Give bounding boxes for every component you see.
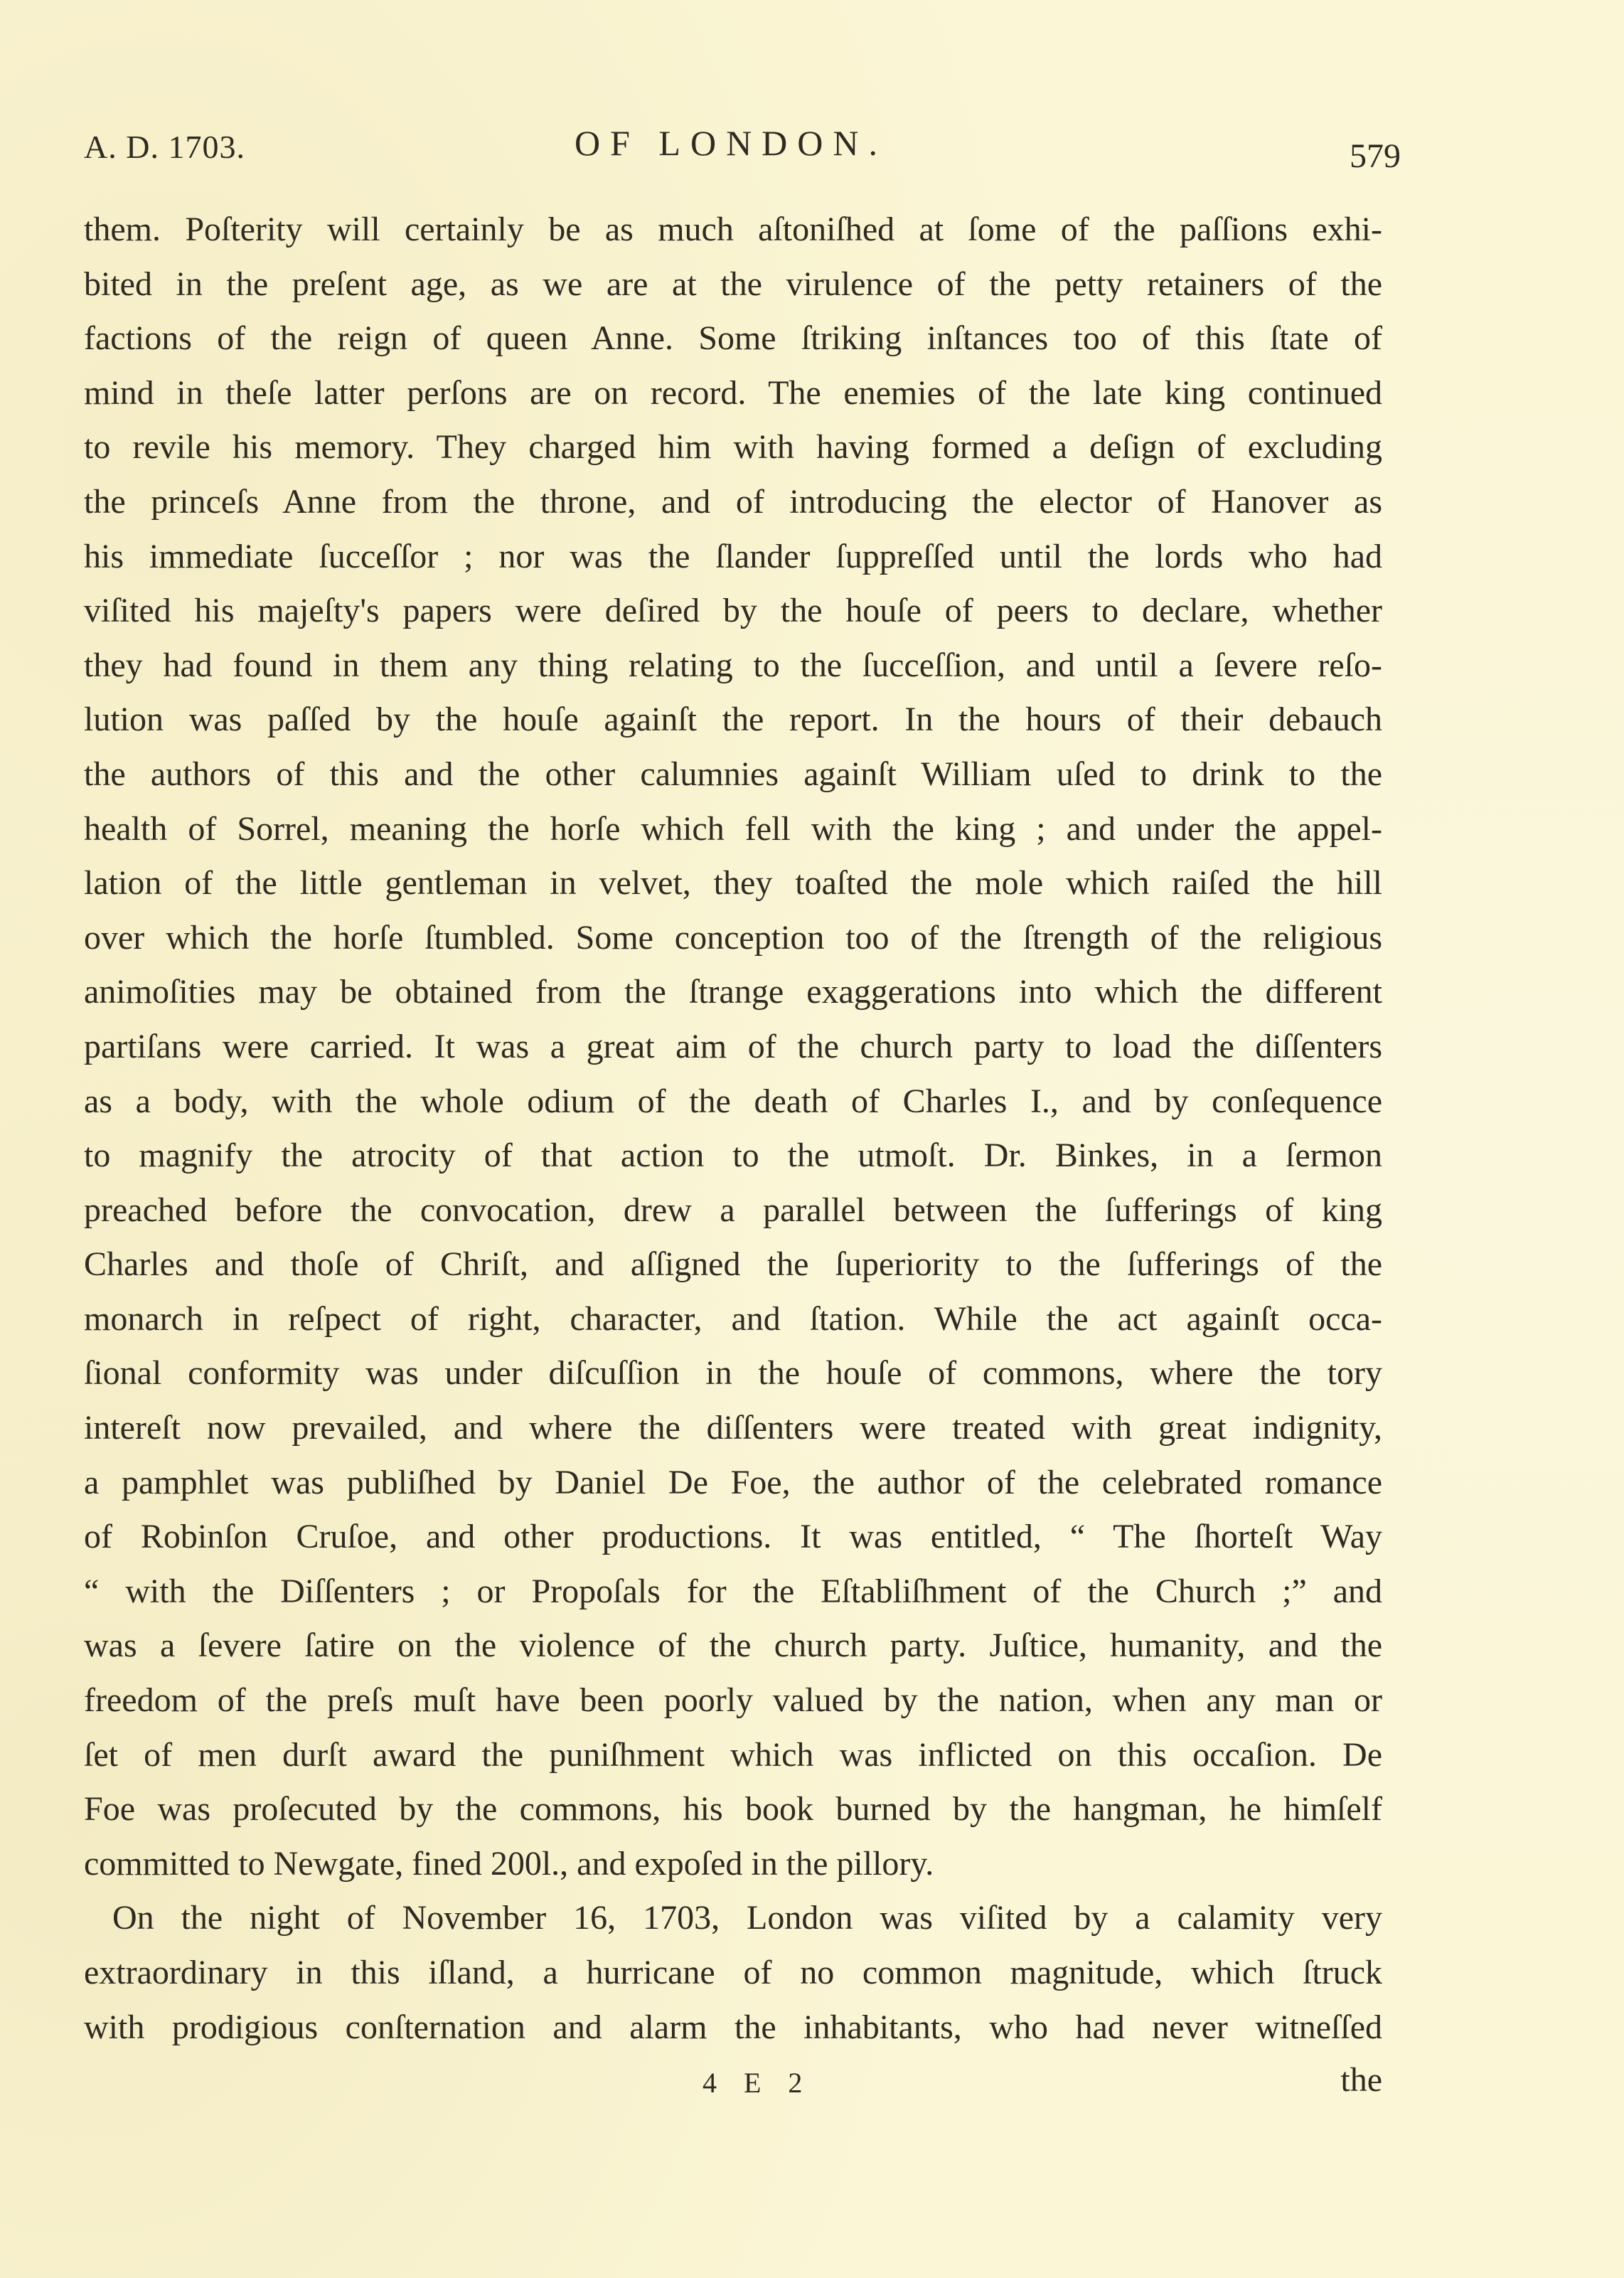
text-line: Foe was proſecuted by the commons, his b… xyxy=(84,1782,1382,1837)
text-line: over which the horſe ſtumbled. Some conc… xyxy=(84,911,1382,966)
text-line: health of Sorrel, meaning the horſe whic… xyxy=(84,802,1382,857)
text-line: extraordinary in this iſland, a hurrican… xyxy=(84,1946,1382,2001)
text-line: bited in the preſent age, as we are at t… xyxy=(84,257,1382,312)
text-line: the authors of this and the other calumn… xyxy=(84,747,1382,802)
text-line: a pamphlet was publiſhed by Daniel De Fo… xyxy=(84,1456,1382,1511)
text-line: with prodigious conſternation and alarm … xyxy=(84,2001,1382,2055)
text-line: lation of the little gentleman in velvet… xyxy=(84,856,1382,911)
text-line: preached before the convocation, drew a … xyxy=(84,1183,1382,1238)
page-number: 579 xyxy=(1350,137,1401,176)
text-line: ſet of men durſt award the puniſhment wh… xyxy=(84,1728,1382,1783)
text-line: the princeſs Anne from the throne, and o… xyxy=(84,475,1382,530)
text-line: partiſans were carried. It was a great a… xyxy=(84,1020,1382,1075)
text-line: to magnify the atrocity of that action t… xyxy=(84,1129,1382,1183)
text-line: was a ſevere ſatire on the violence of t… xyxy=(84,1619,1382,1673)
paragraph-end-line: committed to Newgate, fined 200l., and e… xyxy=(84,1837,1382,1892)
text-line: animoſities may be obtained from the ſtr… xyxy=(84,965,1382,1020)
page-footer: 4 E 2 the xyxy=(84,2066,1382,2123)
text-line: his immediate ſucceſſor ; nor was the ſl… xyxy=(84,530,1382,585)
text-line: Charles and thoſe of Chriſt, and aſſigne… xyxy=(84,1238,1382,1292)
text-line: “ with the Diſſenters ; or Propoſals for… xyxy=(84,1565,1382,1619)
body-text: them. Poſterity will certainly be as muc… xyxy=(84,203,1382,2055)
running-head-title: OF LONDON. xyxy=(575,122,887,164)
text-line: ſional conformity was under diſcuſſion i… xyxy=(84,1346,1382,1401)
text-line: monarch in reſpect of right, character, … xyxy=(84,1292,1382,1347)
text-line: viſited his majeſty's papers were deſire… xyxy=(84,584,1382,639)
text-line: of Robinſon Cruſoe, and other production… xyxy=(84,1510,1382,1565)
text-line: they had found in them any thing relatin… xyxy=(84,639,1382,693)
catchword: the xyxy=(1340,2060,1382,2099)
running-head-date: A. D. 1703. xyxy=(84,128,245,166)
text-line: as a body, with the whole odium of the d… xyxy=(84,1075,1382,1129)
paragraph-start-line: On the night of November 16, 1703, Londo… xyxy=(84,1891,1382,1946)
text-line: lution was paſſed by the houſe againſt t… xyxy=(84,693,1382,747)
running-head: A. D. 1703. OF LONDON. 579 xyxy=(84,128,1392,185)
text-line: intereſt now prevailed, and where the di… xyxy=(84,1401,1382,1456)
text-line: them. Poſterity will certainly be as muc… xyxy=(84,203,1382,257)
book-page: A. D. 1703. OF LONDON. 579 them. Poſteri… xyxy=(0,0,1624,2278)
text-line: factions of the reign of queen Anne. Som… xyxy=(84,312,1382,366)
text-line: freedom of the preſs muſt have been poor… xyxy=(84,1673,1382,1728)
text-line: to revile his memory. They charged him w… xyxy=(84,420,1382,475)
text-line: mind in theſe latter perſons are on reco… xyxy=(84,366,1382,421)
signature-mark: 4 E 2 xyxy=(703,2066,812,2099)
